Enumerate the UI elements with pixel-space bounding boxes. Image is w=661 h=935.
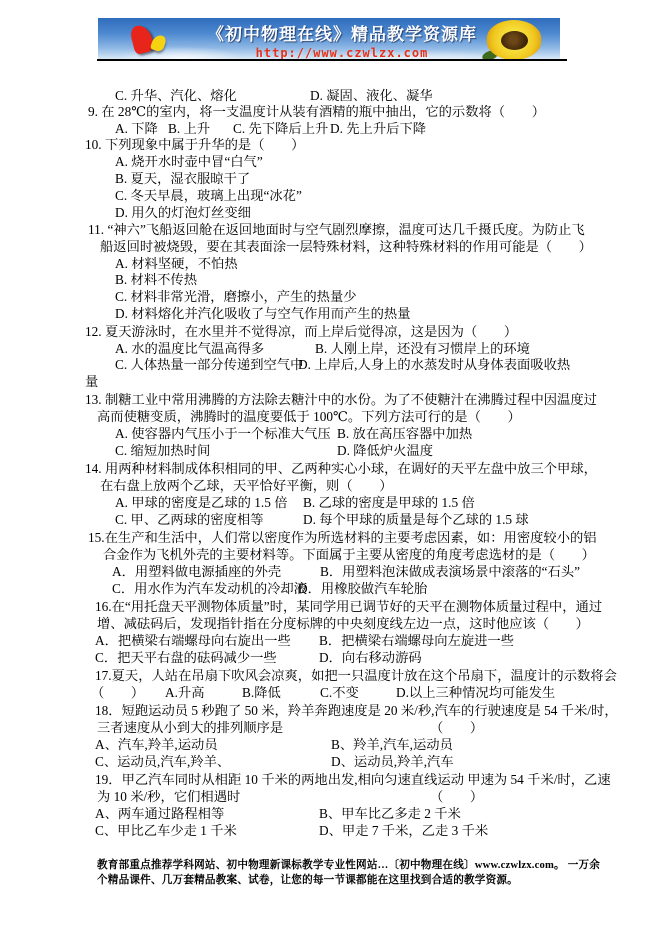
footer-line: 个精品课件、几万套精品教案、试卷，让您的每一节课都能在这里找到合适的教学资源。 — [97, 873, 518, 888]
text-line: 船返回时被烧毁，要在其表面涂一层特殊材料，这种特殊材料的作用可能是（ ） — [100, 239, 592, 255]
text-line: 12. 夏天游泳时，在水里并不觉得凉，而上岸后觉得凉，这是因为（ ） — [85, 324, 517, 340]
text-line: B．把横梁右端螺母向左旋进一些 — [319, 633, 514, 649]
text-line: 10. 下列现象中属于升华的是（ ） — [85, 137, 304, 153]
flame-logo-icon — [126, 23, 184, 57]
text-line: 量 — [85, 374, 98, 390]
text-line: B、羚羊,汽车,运动员 — [331, 737, 453, 753]
text-line: D、运动员,羚羊,汽车 — [331, 754, 454, 770]
text-line: 9. 在 28℃的室内，将一支温度计从装有酒精的瓶中抽出，它的示数将（ ） — [88, 104, 545, 120]
text-line: C、运动员,汽车,羚羊、 — [95, 754, 230, 770]
banner-url-link[interactable]: http://www.czwlzx.com — [196, 46, 488, 59]
banner-title: 《初中物理在线》精品教学资源库 — [196, 20, 488, 45]
text-line: B. 放在高压容器中加热 — [337, 426, 472, 442]
banner-text-block: 《初中物理在线》精品教学资源库 http://www.czwlzx.com — [196, 20, 488, 59]
text-line: A、两车通过路程相等 — [95, 806, 224, 822]
text-line: B．用塑料泡沫做成表演场景中滚落的“石头” — [320, 564, 580, 580]
text-line: D. 上岸后,人身上的水蒸发时从身体表面吸收热 — [298, 357, 570, 373]
text-line: A．把横梁右端螺母向右旋出一些 — [95, 633, 291, 649]
footer-line: 教育部重点推荐学科网站、初中物理新课标教学专业性网站…〔初中物理在线〕www.c… — [97, 858, 600, 873]
text-line: C．把天平右盘的砝码减少一些 — [95, 650, 277, 666]
text-line: C、甲比乙车少走 1 千米 — [95, 823, 237, 839]
text-line: A. 下降 — [115, 121, 158, 137]
sunflower-disk — [501, 31, 528, 50]
text-line: A. 材料坚硬，不怕热 — [115, 256, 238, 272]
text-line: D．向右移动游码 — [319, 650, 422, 666]
text-line: D．用橡胶做汽车轮胎 — [298, 581, 427, 597]
text-line: C. 缩短加热时间 — [115, 443, 210, 459]
text-line: B. 夏天，湿衣服晾干了 — [115, 171, 250, 187]
text-line: D. 凝固、液化、凝华 — [310, 88, 433, 104]
text-line: 增、减砝码后，发现指针指在分度标牌的中央刻度线左边一点，这时他应该（ ） — [97, 616, 589, 632]
text-line: B. 乙球的密度是甲球的 1.5 倍 — [303, 495, 475, 511]
text-line: C．用水作为汽车发动机的冷却液 — [112, 581, 307, 597]
text-line: A、汽车,羚羊,运动员 — [95, 737, 218, 753]
exam-page: 《初中物理在线》精品教学资源库 http://www.czwlzx.com C.… — [0, 0, 661, 935]
text-line: B.降低 — [242, 685, 281, 701]
text-line: A.升高 — [165, 685, 205, 701]
text-line: （ ） — [430, 720, 483, 736]
text-line: 17.夏天，人站在吊扇下吹风会凉爽，如把一只温度计放在这个吊扇下，温度计的示数将… — [95, 668, 617, 684]
text-line: 在右盘上放两个乙球，天平恰好平衡，则（ ） — [100, 478, 393, 494]
flame-yellow-shape — [150, 33, 167, 52]
text-line: 16.在“用托盘天平测物体质量”时，某同学用已调节好的天平在测物体质量过程中，通… — [95, 599, 602, 615]
text-line: 三者速度从小到大的排列顺序是 — [97, 720, 283, 736]
text-line: C. 先下降后上升 — [233, 121, 328, 137]
text-line: B、甲车比乙多走 2 千米 — [319, 806, 461, 822]
text-line: D. 降低炉火温度 — [337, 443, 433, 459]
banner-divider — [97, 59, 567, 61]
text-line: 13. 制糖工业中常用沸腾的方法除去糖汁中的水份。为了不使糖汁在沸腾过程中因温度… — [85, 392, 597, 408]
text-line: C. 甲、乙两球的密度相等 — [115, 512, 264, 528]
text-line: D. 先上升后下降 — [330, 121, 426, 137]
text-line: A. 甲球的密度是乙球的 1.5 倍 — [115, 495, 288, 511]
text-line: 19．甲乙汽车同时从相距 10 千米的两地出发,相向匀速直线运动 甲速为 54 … — [95, 772, 611, 788]
text-line: D. 材料熔化并汽化吸收了与空气作用而产生的热量 — [115, 306, 411, 322]
text-line: 14. 用两种材料制成体积相同的甲、乙两种实心小球，在调好的天平左盘中放三个甲球… — [85, 461, 597, 477]
text-line: 15.在生产和生活中，人们常以密度作为所选材料的主要考虑因素，如：用密度较小的铝 — [88, 530, 597, 546]
text-line: C. 升华、汽化、熔化 — [115, 88, 237, 104]
text-line: （ ） — [430, 789, 483, 805]
text-line: （ ） — [91, 685, 144, 701]
text-line: A. 烧开水时壶中冒“白气” — [115, 154, 263, 170]
text-line: C. 人体热量一部分传递到空气中 — [115, 357, 303, 373]
text-line: B. 上升 — [168, 121, 210, 137]
text-line: 合金作为飞机外壳的主要材料等。下面属于主要从密度的角度考虑选材的是（ ） — [103, 547, 595, 563]
text-line: B. 材料不传热 — [115, 272, 197, 288]
sunflower-image — [480, 18, 554, 59]
text-line: C.不变 — [320, 685, 359, 701]
text-line: B. 人刚上岸，还没有习惯岸上的环境 — [315, 341, 530, 357]
text-line: A. 使容器内气压小于一个标准大气压 — [115, 426, 331, 442]
text-line: 高而使糖变质，沸腾时的温度要低于 100℃。下列方法可行的是（ ） — [97, 409, 521, 425]
text-line: 为 10 米/秒，它们相遇时 — [97, 789, 240, 805]
text-line: A. 水的温度比气温高得多 — [115, 341, 264, 357]
text-line: D、甲走 7 千米，乙走 3 千米 — [319, 823, 488, 839]
flame-red-shape — [129, 23, 155, 55]
text-line: D. 用久的灯泡灯丝变细 — [115, 205, 251, 221]
text-line: 11. “神六”飞船返回舱在返回地面时与空气剧烈摩擦，温度可达几千摄氏度。为防止… — [88, 222, 585, 238]
site-banner: 《初中物理在线》精品教学资源库 http://www.czwlzx.com — [98, 18, 560, 59]
text-line: A．用塑料做电源插座的外壳 — [112, 564, 281, 580]
text-line: C. 冬天早晨，玻璃上出现“冰花” — [115, 188, 302, 204]
text-line: D. 每个甲球的质量是每个乙球的 1.5 球 — [303, 512, 529, 528]
text-line: 18．短跑运动员 5 秒跑了 50 米，羚羊奔跑速度是 20 米/秒,汽车的行驶… — [95, 703, 618, 719]
text-line: D.以上三种情况均可能发生 — [396, 685, 555, 701]
text-line: C. 材料非常光滑，磨擦小，产生的热量少 — [115, 289, 357, 305]
